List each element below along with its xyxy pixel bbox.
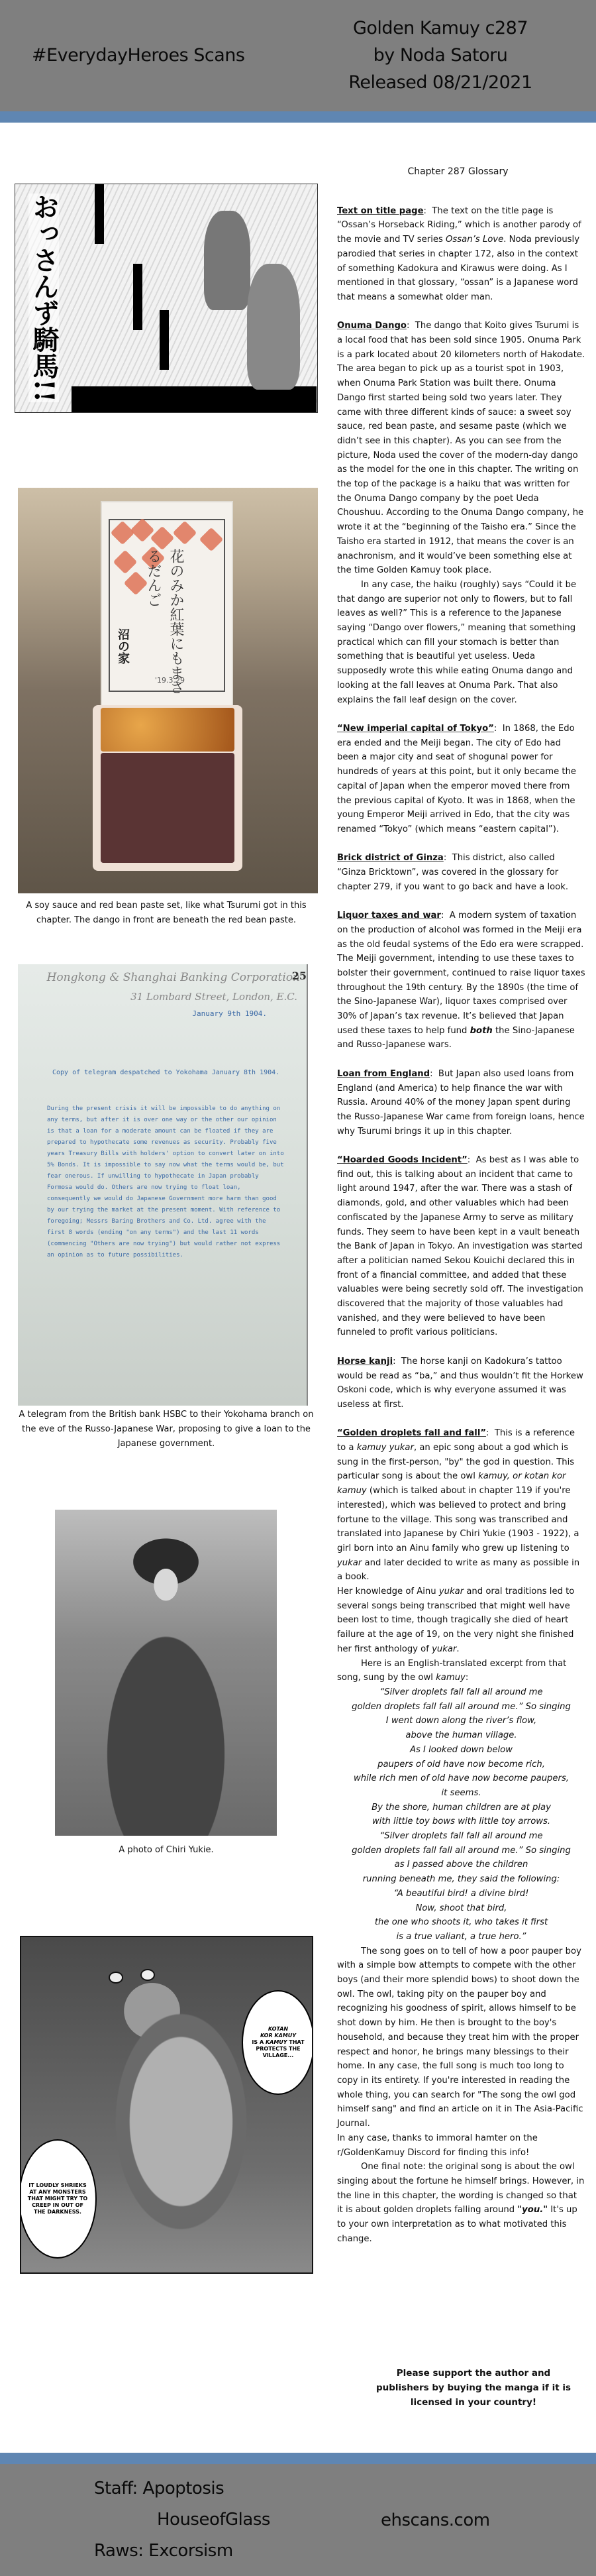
soy-sauce-dango [101,708,234,752]
chiri-yukie-photo [55,1510,277,1836]
glossary-text: A modern system of taxation on the produ… [337,911,585,1036]
speech-bubble-shrieks: It loudly shrieks at any monsters that m… [20,2139,97,2259]
glossary-entry-hoarded-goods: “Hoarded Goods Incident”: As best as I w… [337,1153,585,1340]
bubble-text-kamuy: kamuy [266,2039,287,2045]
glossary-term: Onuma Dango [337,321,407,331]
sfx-stroke [133,264,142,330]
poem-line: as I passed above the children [337,1858,585,1872]
glossary-text: : [466,1673,468,1683]
speech-bubble-kotan-kor-kamuy: Kotan kor kamuy is a kamuy that protects… [242,1990,313,2095]
telegram-letterhead: Hongkong & Shanghai Banking Corporation [47,971,300,984]
glossary-column: Chapter 287 Glossary Text on title page:… [337,152,585,2261]
glossary-text: In 1868, the Edo era ended and the Meiji… [337,724,576,834]
glossary-italic: Ossan’s Love [446,235,503,245]
glossary-italic: kamuy [436,1673,466,1683]
glossary-entry-loan: Loan from England: But Japan also used l… [337,1067,585,1139]
sfx-stroke [72,386,317,413]
bubble-text-kotan: Kotan [268,2026,288,2032]
footer-banner [0,2464,596,2576]
poem-line: “Silver droplets fall fall all around me [337,1685,585,1700]
manga-title-japanese: おっさんず騎馬!! [28,194,59,402]
support-the-author-note: Please support the author and publishers… [374,2366,573,2410]
poem-line: paupers of old have now become rich, [337,1758,585,1772]
chapter-title: Golden Kamuy c287 [324,15,556,42]
dango-brand-text: 沼の家 [114,628,131,664]
staff-credit: Staff: Apoptosis [94,2479,224,2498]
telegram-address: 31 Lombard Street, London, E.C. [130,991,297,1003]
poem-line: running beneath me, they said the follow… [337,1872,585,1887]
maple-leaf-icon [199,528,224,552]
sfx-stroke [160,310,169,370]
staff-credit-second: HouseofGlass [157,2510,270,2530]
glossary-term: Text on title page [337,206,424,216]
chiri-photo-caption: A photo of Chiri Yukie. [15,1843,318,1858]
poem-line: it seems. [337,1786,585,1801]
owl-eye [109,1972,123,1984]
telegram-heading: Copy of telegram despatched to Yokohama … [52,1069,279,1076]
onuma-dango-photo: 花のみか紅葉にもまさるだんご 沼の家 '19.3.29 [18,488,318,893]
glossary-text: (which is talked about in chapter 119 if… [337,1486,579,1553]
glossary-entry-golden-droplets: “Golden droplets fall and fall”: This is… [337,1426,585,2246]
maple-leaf-icon [173,521,197,545]
glossary-entry-horse-kanji: Horse kanji: The horse kanji on Kadokura… [337,1355,585,1412]
glossary-thanks: In any case, thanks to immoral hamter on… [337,2131,585,2160]
glossary-term: Loan from England [337,1069,430,1079]
website-link[interactable]: ehscans.com [381,2510,490,2530]
glossary-term: “Hoarded Goods Incident” [337,1155,468,1165]
header-divider-stripe [0,111,596,123]
hsbc-telegram-photo: Hongkong & Shanghai Banking Corporation … [18,964,308,1406]
raws-credit: Raws: Excorsism [94,2541,233,2561]
glossary-entry-liquor: Liquor taxes and war: A modern system of… [337,909,585,1052]
bubble-text-kor-kamuy: kor kamuy [260,2033,296,2039]
glossary-entry-onuma-dango: Onuma Dango: The dango that Koito gives … [337,319,585,707]
glossary-term: “Golden droplets fall and fall” [337,1428,486,1438]
author-credit: by Noda Satoru [324,42,556,69]
glossary-italic: yukar [432,1644,456,1654]
poem-line: By the shore, human children are at play [337,1801,585,1815]
glossary-text: Her knowledge of Ainu [337,1587,439,1596]
owl-kamuy-manga-panel: Kotan kor kamuy is a kamuy that protects… [20,1936,313,2274]
glossary-term: Horse kanji [337,1357,393,1367]
maple-leaf-icon [111,521,135,545]
glossary-text: But Japan also used loans from England (… [337,1069,585,1137]
poem-line: golden droplets fall fall all around me.… [337,1700,585,1714]
owl-eye [140,1969,155,1981]
glossary-entry-title-page: Text on title page: The text on the titl… [337,204,585,305]
glossary-emphasis: both [470,1026,493,1036]
dango-photo-caption: A soy sauce and red bean paste set, like… [15,899,318,928]
glossary-term: Brick district of Ginza [337,853,444,863]
poem-line: above the human village. [337,1728,585,1743]
glossary-text: The dango that Koito gives Tsurumi is a … [337,321,585,575]
rider-figure [204,211,250,310]
dango-tray [93,705,242,871]
glossary-term: “New imperial capital of Tokyo” [337,724,494,734]
telegram-body: During the present crisis it will be imp… [47,1103,285,1261]
glossary-term: Liquor taxes and war [337,911,441,921]
dango-package-cover: 花のみか紅葉にもまさるだんご 沼の家 '19.3.29 [101,501,233,706]
poem-line: golden droplets fall fall all around me.… [337,1844,585,1858]
footer-divider-stripe [0,2453,596,2464]
glossary-text: The song goes on to tell of how a poor p… [337,1944,585,2131]
poem-line: “Silver droplets fall fall all around me [337,1829,585,1844]
glossary-emphasis: "you." [517,2205,548,2215]
maple-leaf-icon [113,550,138,575]
poem-line: I went down along the river’s flow, [337,1714,585,1728]
glossary-entry-ginza: Brick district of Ginza: This district, … [337,851,585,894]
poem-line: is a true valiant, a true hero.” [337,1930,585,1944]
red-bean-paste-dango [101,753,234,863]
poem-line: “A beautiful bird! a divine bird! [337,1887,585,1901]
telegram-caption: A telegram from the British bank HSBC to… [15,1408,318,1451]
poem-line: As I looked down below [337,1743,585,1758]
poem-line: with little toy bows with little toy arr… [337,1815,585,1829]
yukar-excerpt-poem: “Silver droplets fall fall all around me… [337,1685,585,1944]
glossary-italic: kamuy yukar [357,1443,414,1453]
release-info: Golden Kamuy c287 by Noda Satoru Release… [324,15,556,96]
glossary-text: . [456,1644,459,1654]
glossary-text: . Noda previously parodied that series i… [337,235,579,302]
glossary-text: and later decided to write as many as po… [337,1558,579,1583]
sfx-stroke [95,184,104,244]
glossary-entry-tokyo: “New imperial capital of Tokyo”: In 1868… [337,722,585,837]
dango-date-text: '19.3.29 [155,676,185,685]
header-banner: #EverydayHeroes Scans Golden Kamuy c287 … [0,0,596,111]
release-date: Released 08/21/2021 [324,69,556,96]
scanlation-group-name: #EverydayHeroes Scans [32,45,244,66]
bubble-text-is-a: is a [252,2039,264,2045]
poem-line: Now, shoot that bird, [337,1901,585,1916]
rider-figure [247,264,300,390]
glossary-italic: yukar [337,1558,362,1568]
poem-line: the one who shoots it, who takes it firs… [337,1915,585,1930]
glossary-italic: yukar [439,1587,464,1596]
telegram-date: January 9th 1904. [192,1009,267,1018]
poem-line: while rich men of old have now become pa… [337,1771,585,1786]
telegram-page-number: 25 [292,970,307,982]
glossary-text: As best as I was able to find out, this … [337,1155,583,1337]
manga-title-page-panel: おっさんず騎馬!! [15,184,318,413]
glossary-text: In any case, the haiku (roughly) says “C… [337,578,585,707]
glossary-title: Chapter 287 Glossary [337,165,585,180]
